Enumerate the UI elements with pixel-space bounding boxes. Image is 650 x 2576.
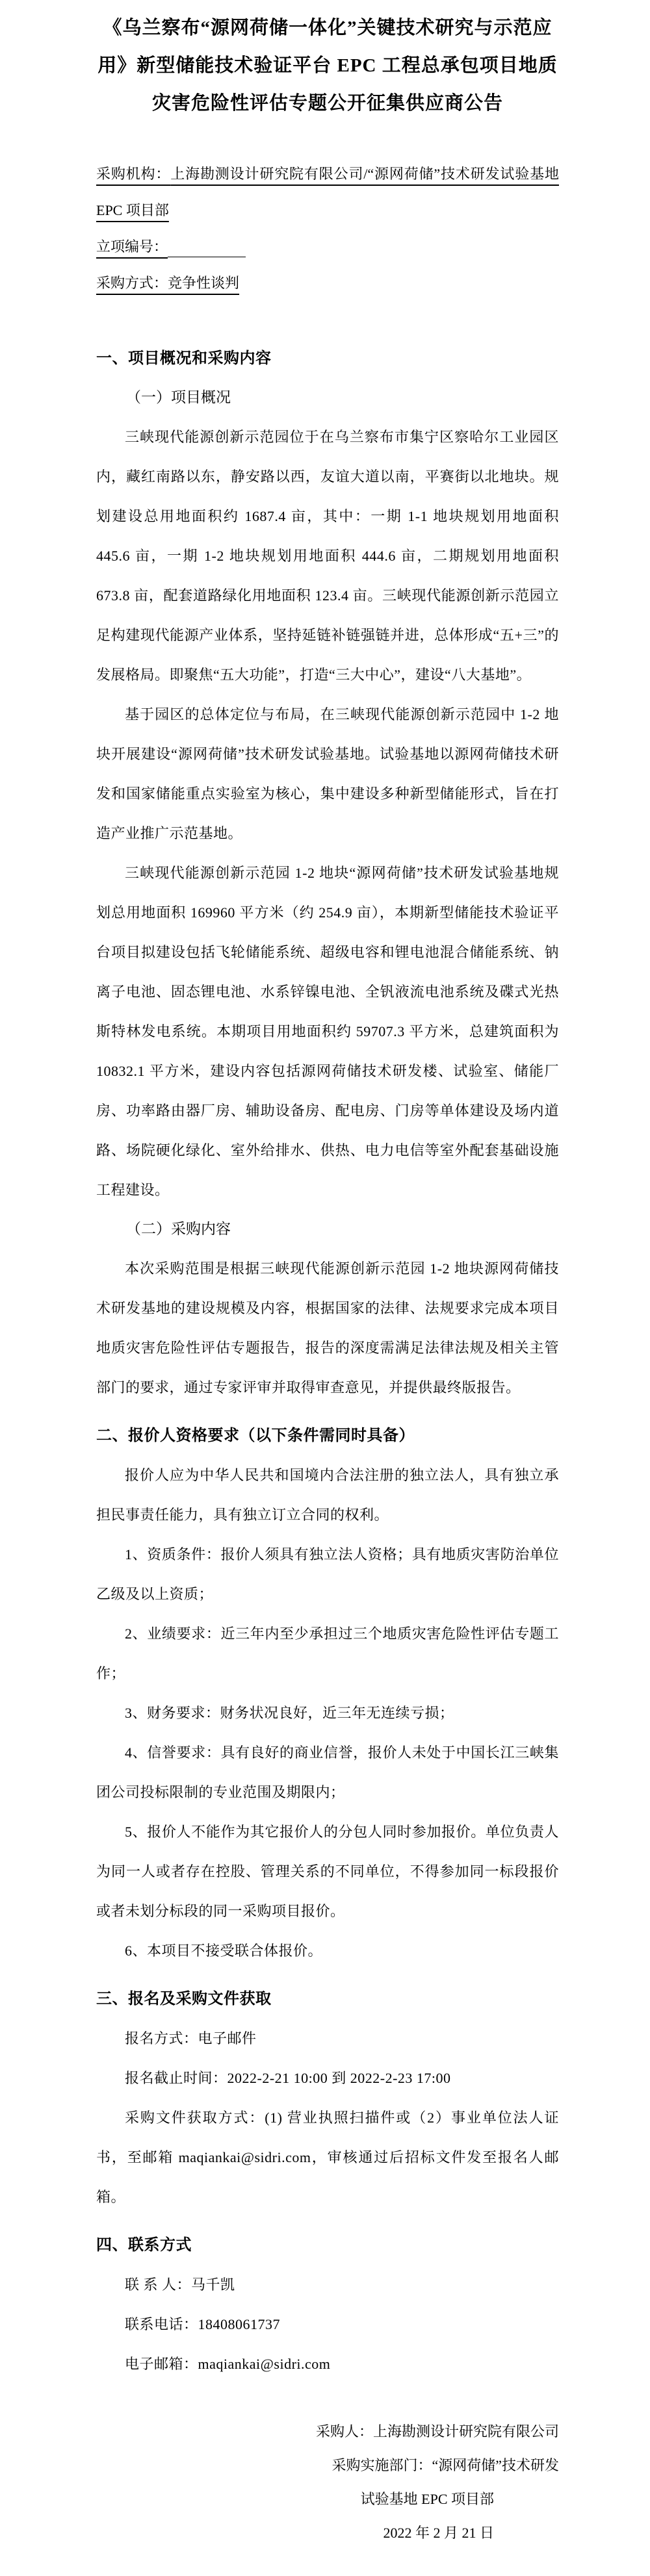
contact-phone-line: 联系电话：18408061737 (96, 2304, 559, 2344)
qualification-item: 2、业绩要求：近三年内至少承担过三个地质灾害危险性评估专题工作； (96, 1614, 559, 1693)
section-1-paragraph: 基于园区的总体定位与布局，在三峡现代能源创新示范园中 1-2 地块开展建设“源网… (96, 695, 559, 853)
section-2-intro: 报价人应为中华人民共和国境内合法注册的独立法人，具有独立承担民事责任能力，具有独… (96, 1455, 559, 1535)
signature-block: 采购人：上海勘测设计研究院有限公司 采购实施部门：“源网荷储”技术研发 试验基地… (96, 2415, 559, 2550)
contact-email-line: 电子邮箱：maqiankai@sidri.com (96, 2344, 559, 2384)
field-procuring-agency-label: 采购机构： (96, 166, 170, 182)
section-1-paragraph: 本次采购范围是根据三峡现代能源创新示范园 1-2 地块源网荷储技术研发基地的建设… (96, 1249, 559, 1407)
section-2-heading: 二、报价人资格要求（以下条件需同时具备） (96, 1416, 559, 1455)
registration-method-line: 报名方式：电子邮件 (96, 2019, 559, 2058)
document-acquisition-line: 采购文件获取方式：(1) 营业执照扫描件或（2）事业单位法人证书，至邮箱 maq… (96, 2098, 559, 2217)
header-fields: 采购机构：上海勘测设计研究院有限公司/“源网荷储”技术研发试验基地 EPC 项目… (96, 156, 559, 301)
qualification-item: 3、财务要求：财务状况良好，近三年无连续亏损； (96, 1693, 559, 1733)
qualification-item: 1、资质条件：报价人须具有独立法人资格；具有地质灾害防治单位乙级及以上资质； (96, 1535, 559, 1614)
field-project-number: 立项编号： (96, 229, 559, 265)
qualification-item: 5、报价人不能作为其它报价人的分包人同时参加报价。单位负责人为同一人或者存在控股… (96, 1812, 559, 1931)
buyer-line: 采购人：上海勘测设计研究院有限公司 (96, 2415, 559, 2449)
field-project-number-label: 立项编号： (96, 238, 168, 255)
document-title: 《乌兰察布“源网荷储一体化”关键技术研究与示范应用》新型储能技术验证平台 EPC… (96, 9, 559, 122)
contact-person-line: 联 系 人：马千凯 (96, 2265, 559, 2304)
section-1-sub-2-heading: （二）采购内容 (96, 1210, 559, 1249)
section-4-heading: 四、联系方式 (96, 2226, 559, 2265)
section-1-heading: 一、项目概况和采购内容 (96, 339, 559, 378)
field-procurement-method-label: 采购方式： (96, 275, 168, 291)
section-1-sub-1-heading: （一）项目概况 (96, 378, 559, 417)
announcement-document: 《乌兰察布“源网荷储一体化”关键技术研究与示范应用》新型储能技术验证平台 EPC… (0, 0, 650, 2576)
qualification-item: 6、本项目不接受联合体报价。 (96, 1931, 559, 1970)
field-procurement-method-value: 竞争性谈判 (168, 275, 239, 291)
implementing-department-line-2: 试验基地 EPC 项目部 (96, 2482, 559, 2516)
field-procuring-agency: 采购机构：上海勘测设计研究院有限公司/“源网荷储”技术研发试验基地 EPC 项目… (96, 156, 559, 229)
qualification-item: 4、信誉要求：具有良好的商业信誉，报价人未处于中国长江三峡集团公司投标限制的专业… (96, 1733, 559, 1812)
registration-deadline-line: 报名截止时间：2022-2-21 10:00 到 2022-2-23 17:00 (96, 2058, 559, 2098)
section-1-paragraph: 三峡现代能源创新示范园位于在乌兰察布市集宁区察哈尔工业园区内，藏红南路以东，静安… (96, 417, 559, 695)
field-project-number-blank (168, 242, 246, 257)
section-3-heading: 三、报名及采购文件获取 (96, 1980, 559, 2019)
implementing-department-line-1: 采购实施部门：“源网荷储”技术研发 (96, 2449, 559, 2482)
announcement-date: 2022 年 2 月 21 日 (96, 2516, 559, 2550)
section-1-paragraph: 三峡现代能源创新示范园 1-2 地块“源网荷储”技术研发试验基地规划总用地面积 … (96, 853, 559, 1210)
field-procurement-method: 采购方式：竞争性谈判 (96, 265, 559, 301)
